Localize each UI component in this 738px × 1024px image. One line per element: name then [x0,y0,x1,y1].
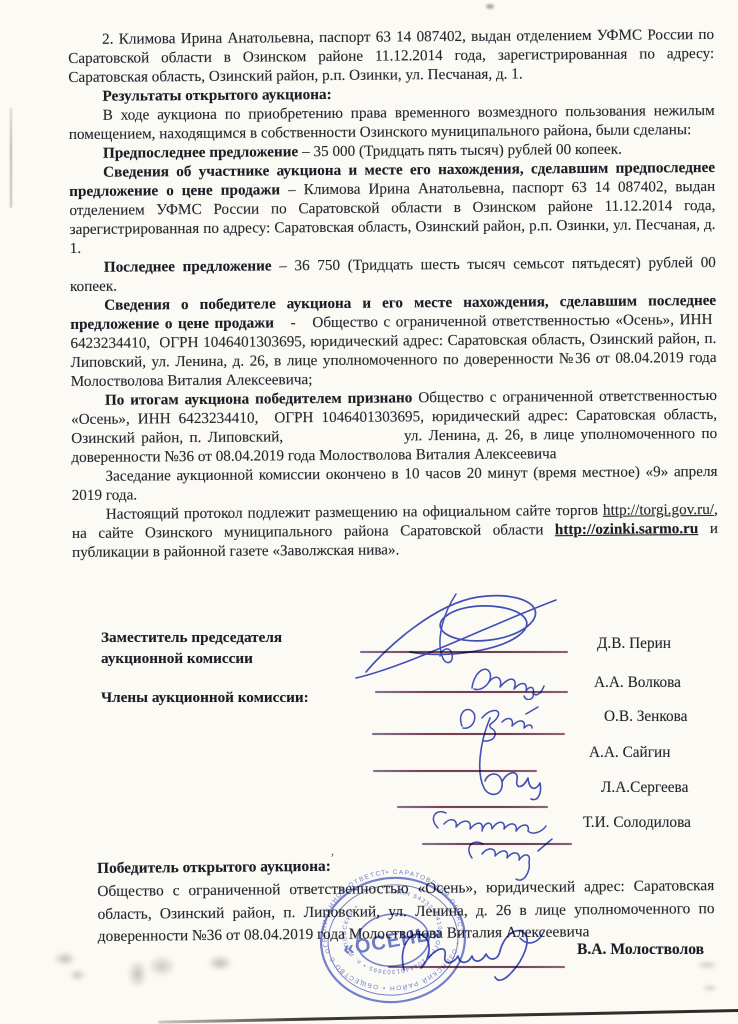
signature-ink-volkova [462,660,548,700]
text-segment: Последнее предложение [104,257,272,275]
scan-artifact-smudge [120,948,178,1000]
members-label: Члены аукционной комиссии: [101,688,361,709]
text-segment: 2. Климова Ирина Анатольевна, паспорт 63… [68,26,714,86]
signature-ink-molostvolov [392,918,548,990]
text-segment: Настоящий протокол подлежит размещению н… [106,502,603,523]
signer-name: Д.В. Перин [597,635,671,653]
signer-name: А.А. Сайгин [589,744,670,762]
scan-artifact-left-scratch [10,108,12,208]
scan-artifact-smudge [697,982,723,994]
paragraph-last-bid: Последнее предложение – 36 750 (Тридцать… [70,253,716,296]
paragraph-publication: Настоящий протокол подлежит размещению н… [72,500,718,562]
text-segment: Предпоследнее предложение [103,143,298,162]
scan-artifact-smudge [200,950,240,976]
deputy-chair-label: Заместитель председателя аукционной коми… [101,628,316,669]
text-segment: По итогам аукциона победителем признано [105,389,413,408]
scanned-document-page: 2. Климова Ирина Анатольевна, паспорт 63… [0,0,738,1024]
paragraph-winner-info: Сведения о победителе аукциона и его мес… [70,291,717,391]
text-segment: Результаты открытого аукциона: [102,86,331,105]
paragraph-winner-declared: По итогам аукциона победителем признано … [71,386,718,467]
text-segment: http://torgi.gov.ru/ [603,501,714,519]
signer-name: А.А. Волкова [594,674,681,692]
paragraph-session-end: Заседание аукционной комиссии окончено в… [71,462,717,505]
scan-artifact-dot [486,4,494,9]
scan-artifact-smudge [690,958,724,972]
document-body: 2. Климова Ирина Анатольевна, паспорт 63… [68,25,718,562]
paragraph-auction-course: В ходе аукциона по приобретению права вр… [69,101,715,144]
scan-artifact-smudge [48,948,90,984]
paragraph-penultimate-bidder-info: Сведения об участнике аукциона и месте е… [69,158,716,258]
signer-name: Т.И. Солодилова [583,814,691,832]
text-segment: Заседание аукционной комиссии окончено в… [72,463,718,504]
text-segment: http://ozinki.sarmo.ru [555,520,699,538]
paragraph-bidder-2: 2. Климова Ирина Анатольевна, паспорт 63… [68,25,714,87]
signer-name: Л.А.Сергеева [601,779,688,797]
signer-name: О.В. Зенкова [604,708,687,726]
winner-signer-name: В.А. Молостволов [577,941,704,959]
text-segment: – 35 000 (Тридцать пять тысяч) рублей 00… [298,141,622,161]
text-segment: В ходе аукциона по приобретению права вр… [69,102,715,143]
signature-ink-saygin [452,714,546,804]
